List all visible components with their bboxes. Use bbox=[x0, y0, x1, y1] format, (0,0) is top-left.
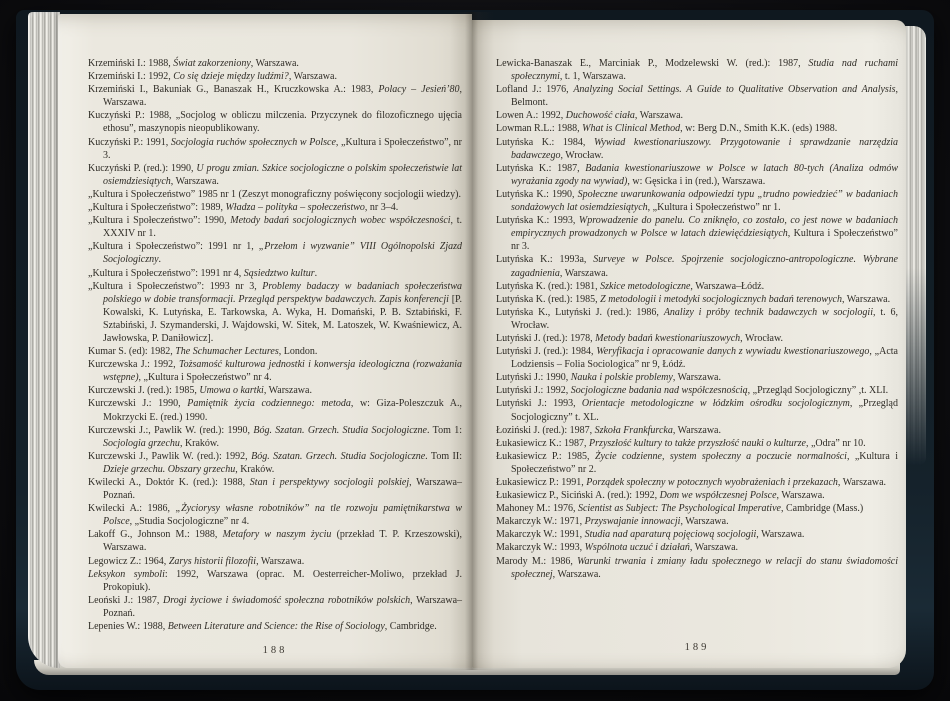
entry-text: Legowicz Z.: 1964, bbox=[88, 556, 169, 567]
entry-text: Lutyński J. (red.): 1984, bbox=[496, 346, 596, 357]
entry-text: , w: Gęsicka i in (red.), Warszawa. bbox=[627, 176, 765, 187]
bibliography-list-right: Lewicka-Banaszak E., Marciniak P., Modze… bbox=[496, 57, 898, 581]
entry-title-italic: Stan i perspektywy socjologii polskiej bbox=[250, 477, 409, 488]
bibliography-entry: Makarczyk W.: 1991, Studia nad aparaturą… bbox=[496, 528, 898, 541]
bibliography-entry: Lakoff G., Johnson M.: 1988, Metafory w … bbox=[88, 528, 462, 554]
entry-text: , Warszawa. bbox=[673, 372, 721, 383]
page-right: Lewicka-Banaszak E., Marciniak P., Modze… bbox=[472, 20, 906, 668]
entry-text: Łukasiewicz P.: 1991, bbox=[496, 477, 586, 488]
bibliography-entry: „Kultura i Społeczeństwo” 1985 nr 1 (Zes… bbox=[88, 188, 462, 201]
entry-text: . bbox=[159, 254, 162, 265]
entry-title-italic: Przyswajanie innowacji bbox=[585, 516, 681, 527]
entry-text: , Warszawa. bbox=[838, 477, 886, 488]
entry-text: Łukasiewicz P.: 1985, bbox=[496, 451, 595, 462]
entry-title-italic: Metody badań socjologicznych wobec współ… bbox=[230, 215, 450, 226]
entry-text: , Warszawa. bbox=[289, 71, 337, 82]
entry-title-italic: Pamiętnik życia codziennego: metoda bbox=[187, 398, 351, 409]
entry-text: , „Studia Socjologiczne” nr 4. bbox=[130, 516, 249, 527]
entry-title-italic: Władza – polityka – społeczeństwo bbox=[225, 202, 364, 213]
entry-text: , Cambridge. bbox=[385, 621, 437, 632]
entry-text: , Warszawa. bbox=[673, 425, 721, 436]
entry-text: , Warszawa. bbox=[251, 58, 299, 69]
entry-text: , Warszawa–Łódź. bbox=[690, 281, 764, 292]
bibliography-entry: Lepenies W.: 1988, Between Literature an… bbox=[88, 620, 462, 633]
entry-text: Kumar S. (ed): 1982, bbox=[88, 346, 175, 357]
bibliography-entry: Lutyńska K.: 1984, Wywiad kwestionariusz… bbox=[496, 136, 898, 162]
entry-title-italic: Between Literature and Science: the Rise… bbox=[168, 621, 385, 632]
entry-text: Lowen A.: 1992, bbox=[496, 110, 566, 121]
entry-text: Kuczyński P.: 1988, „Socjolog w obliczu … bbox=[88, 110, 462, 134]
entry-text: „Kultura i Społeczeństwo”: 1993 nr 3, bbox=[88, 281, 262, 292]
entry-text: Lutyńska K.: 1987, bbox=[496, 163, 585, 174]
bibliography-entry: Łukasiewicz K.: 1987, Przyszłość kultury… bbox=[496, 437, 898, 450]
entry-text: Krzemiński I.: 1988, bbox=[88, 58, 173, 69]
bibliography-entry: „Kultura i Społeczeństwo”: 1990, Metody … bbox=[88, 214, 462, 240]
entry-title-italic: Weryfikacja i opracowanie danych z wywia… bbox=[596, 346, 869, 357]
bibliography-entry: Leoński J.: 1987, Drogi życiowe i świado… bbox=[88, 594, 462, 620]
entry-text: Lutyńska K.: 1993, bbox=[496, 215, 579, 226]
entry-title-italic: Metafory w naszym życiu bbox=[223, 529, 332, 540]
entry-text: , „Odra” nr 10. bbox=[806, 438, 866, 449]
entry-title-italic: Szkoła Frankfurcka bbox=[595, 425, 673, 436]
entry-text: Lutyński J. (red.): 1978, bbox=[496, 333, 595, 344]
photo-background: Krzemiński I.: 1988, Świat zakorzeniony,… bbox=[0, 0, 950, 701]
entry-text: Lutyński J.: 1992, bbox=[496, 385, 571, 396]
entry-text: , Warszawa. bbox=[635, 110, 683, 121]
bibliography-entry: Marody M.: 1986, Warunki trwania i zmian… bbox=[496, 555, 898, 581]
entry-text: Lutyńska K.: 1984, bbox=[496, 137, 594, 148]
entry-text: Lutyński J.: 1990, bbox=[496, 372, 571, 383]
bibliography-entry: Lutyński J.: 1993, Orientacje metodologi… bbox=[496, 397, 898, 423]
bibliography-entry: Łoziński J. (red.): 1987, Szkoła Frankfu… bbox=[496, 424, 898, 437]
entry-text: , Warszawa. bbox=[171, 176, 219, 187]
entry-title-italic: Studia nad aparaturą pojęciową socjologi… bbox=[585, 529, 757, 540]
entry-title-italic: Scientist as Subject: The Psychological … bbox=[578, 503, 781, 514]
bibliography-entry: Lutyńska K.: 1987, Badania kwestionarius… bbox=[496, 162, 898, 188]
entry-title-italic: Szkice metodologiczne bbox=[600, 281, 690, 292]
entry-text: , Wrocław. bbox=[560, 150, 603, 161]
entry-text: , „Kultura i Społeczeństwo” nr 4. bbox=[139, 372, 272, 383]
entry-text: , Warszawa. bbox=[680, 516, 728, 527]
entry-text: „Kultura i Społeczeństwo” 1985 nr 1 (Zes… bbox=[88, 189, 461, 200]
bibliography-entry: Krzemiński I.: 1988, Świat zakorzeniony,… bbox=[88, 57, 462, 70]
bibliography-entry: Lutyńska K., Lutyński J. (red.): 1986, A… bbox=[496, 306, 898, 332]
bibliography-entry: Kurczewski J., Pawlik W. (red.): 1992, B… bbox=[88, 450, 462, 476]
entry-title-italic: Porządek społeczny w potocznych wyobraże… bbox=[586, 477, 838, 488]
entry-text: , w: Berg D.N., Smith K.K. (eds) 1988. bbox=[680, 123, 837, 134]
left-page-fore-edge bbox=[28, 12, 60, 668]
entry-text: . bbox=[315, 268, 318, 279]
entry-text: Kwilecki A.: 1986, bbox=[88, 503, 176, 514]
entry-text: Lutyńska K. (red.): 1981, bbox=[496, 281, 600, 292]
page-number-left: 188 bbox=[88, 645, 462, 656]
entry-text: Łukasiewicz P., Siciński A. (red.): 1992… bbox=[496, 490, 660, 501]
bibliography-entry: Lutyński J.: 1992, Socjologiczne badania… bbox=[496, 384, 898, 397]
entry-text: Makarczyk W.: 1993, bbox=[496, 542, 585, 553]
entry-text: , Kraków. bbox=[180, 438, 219, 449]
entry-title-italic: Socjologia ruchów społecznych w Polsce bbox=[171, 137, 336, 148]
bibliography-entry: Lewicka-Banaszak E., Marciniak P., Modze… bbox=[496, 57, 898, 83]
entry-text: Kwilecki A., Doktór K. (red.): 1988, bbox=[88, 477, 250, 488]
entry-text: Lakoff G., Johnson M.: 1988, bbox=[88, 529, 223, 540]
bibliography-entry: Łukasiewicz P.: 1985, Życie codzienne, s… bbox=[496, 450, 898, 476]
bibliography-entry: Krzemiński I.: 1992, Co się dzieje międz… bbox=[88, 70, 462, 83]
bibliography-entry: Kurczewski J. (red.): 1985, Umowa o kart… bbox=[88, 384, 462, 397]
entry-text: Lofland J.: 1976, bbox=[496, 84, 573, 95]
bibliography-entry: Makarczyk W.: 1971, Przyswajanie innowac… bbox=[496, 515, 898, 528]
entry-text: Kurczewski J.:, Pawlik W. (red.): 1990, bbox=[88, 425, 253, 436]
bibliography-entry: „Kultura i Społeczeństwo”: 1991 nr 1, „P… bbox=[88, 240, 462, 266]
bibliography-entry: „Kultura i Społeczeństwo”: 1989, Władza … bbox=[88, 201, 462, 214]
entry-title-italic: Co się dzieje między ludźmi? bbox=[173, 71, 289, 82]
entry-text: Krzemiński I.: 1992, bbox=[88, 71, 173, 82]
entry-title-italic: Analyzing Social Settings. A Guide to Qu… bbox=[573, 84, 895, 95]
entry-text: Makarczyk W.: 1971, bbox=[496, 516, 585, 527]
entry-text: Krzemiński I., Bakuniak G., Banaszak H.,… bbox=[88, 84, 378, 95]
entry-text: Makarczyk W.: 1991, bbox=[496, 529, 585, 540]
entry-text: , Warszawa. bbox=[553, 569, 601, 580]
entry-title-italic: What is Clinical Method bbox=[582, 123, 680, 134]
entry-text: Lutyńska K.: 1993a, bbox=[496, 254, 593, 265]
entry-text: , Kraków. bbox=[235, 464, 274, 475]
entry-text: „Kultura i Społeczeństwo”: 1991 nr 4, bbox=[88, 268, 244, 279]
entry-title-italic: Leksykon symboli bbox=[88, 569, 165, 580]
bibliography-entry: Kwilecki A.: 1986, „Życiorysy własne rob… bbox=[88, 502, 462, 528]
entry-text: Lutyńska K., Lutyński J. (red.): 1986, bbox=[496, 307, 664, 318]
bibliography-list-left: Krzemiński I.: 1988, Świat zakorzeniony,… bbox=[88, 57, 462, 633]
bibliography-entry: Kurczewski J.:, Pawlik W. (red.): 1990, … bbox=[88, 424, 462, 450]
entry-title-italic: Przyszłość kultury to także przyszłość n… bbox=[589, 438, 806, 449]
bibliography-entry: Lofland J.: 1976, Analyzing Social Setti… bbox=[496, 83, 898, 109]
entry-title-italic: Dzieje grzechu. Obszary grzechu bbox=[103, 464, 235, 475]
bibliography-entry: Krzemiński I., Bakuniak G., Banaszak H.,… bbox=[88, 83, 462, 109]
bibliography-entry: Mahoney M.: 1976, Scientist as Subject: … bbox=[496, 502, 898, 515]
entry-title-italic: Zarys historii filozofii bbox=[169, 556, 256, 567]
entry-text: , London. bbox=[279, 346, 318, 357]
entry-title-italic: Analizy i próby technik badawczych w soc… bbox=[664, 307, 873, 318]
bibliography-entry: Lutyńska K.: 1993, Wprowadzenie do panel… bbox=[496, 214, 898, 253]
bibliography-entry: Kwilecki A., Doktór K. (red.): 1988, Sta… bbox=[88, 476, 462, 502]
bibliography-entry: Kuczyński P.: 1988, „Socjolog w obliczu … bbox=[88, 109, 462, 135]
entry-title-italic: Umowa o kartki bbox=[199, 385, 263, 396]
entry-text: Leoński J.: 1987, bbox=[88, 595, 163, 606]
entry-text: Lepenies W.: 1988, bbox=[88, 621, 168, 632]
page-left-content: Krzemiński I.: 1988, Świat zakorzeniony,… bbox=[58, 14, 472, 668]
bibliography-entry: Kurczewski J.: 1990, Pamiętnik życia cod… bbox=[88, 397, 462, 423]
entry-title-italic: Życie codzienne, system społeczny a pocz… bbox=[595, 451, 847, 462]
bibliography-entry: Lowen A.: 1992, Duchowość ciała, Warszaw… bbox=[496, 109, 898, 122]
entry-text: , Cambridge (Mass.) bbox=[781, 503, 863, 514]
entry-text: Lutyński J.: 1993, bbox=[496, 398, 582, 409]
entry-text: , Warszawa. bbox=[690, 542, 738, 553]
entry-title-italic: Świat zakorzeniony bbox=[173, 58, 251, 69]
entry-text: . Tom 1: bbox=[427, 425, 462, 436]
page-number-right: 189 bbox=[496, 642, 898, 653]
entry-title-italic: Socjologiczne badania nad współczesności… bbox=[571, 385, 748, 396]
bibliography-entry: Lutyński J. (red.): 1984, Weryfikacja i … bbox=[496, 345, 898, 371]
bibliography-entry: Kurczewska J.: 1992, Tożsamość kulturowa… bbox=[88, 358, 462, 384]
entry-text: , „Przegląd Socjologiczny” ,t. XLI. bbox=[748, 385, 889, 396]
entry-text: , Warszawa. bbox=[756, 529, 804, 540]
entry-text: Kurczewski J. (red.): 1985, bbox=[88, 385, 199, 396]
entry-text: , t. 1, Warszawa. bbox=[560, 71, 626, 82]
entry-text: „Kultura i Społeczeństwo”: 1989, bbox=[88, 202, 225, 213]
bibliography-entry: Łukasiewicz P., Siciński A. (red.): 1992… bbox=[496, 489, 898, 502]
bibliography-entry: Leksykon symboli: 1992, Warszawa (oprac.… bbox=[88, 568, 462, 594]
bibliography-entry: Lutyńska K. (red.): 1985, Z metodologii … bbox=[496, 293, 898, 306]
entry-title-italic: Sąsiedztwo kultur bbox=[244, 268, 315, 279]
bibliography-entry: Kuczyński P. (red.): 1990, U progu zmian… bbox=[88, 162, 462, 188]
bibliography-entry: „Kultura i Społeczeństwo”: 1991 nr 4, Są… bbox=[88, 267, 462, 280]
entry-text: , Warszawa. bbox=[256, 556, 304, 567]
bibliography-entry: Lutyńska K.: 1990, Społeczne uwarunkowan… bbox=[496, 188, 898, 214]
entry-text: Lewicka-Banaszak E., Marciniak P., Modze… bbox=[496, 58, 808, 69]
entry-title-italic: Duchowość ciała bbox=[566, 110, 635, 121]
entry-text: „Kultura i Społeczeństwo”: 1991 nr 1, bbox=[88, 241, 259, 252]
bibliography-entry: Lowman R.L.: 1988, What is Clinical Meth… bbox=[496, 122, 898, 135]
entry-title-italic: Metody badań kwestionariuszowych bbox=[595, 333, 740, 344]
entry-text: . Tom II: bbox=[425, 451, 462, 462]
entry-text: Lutyńska K. (red.): 1985, bbox=[496, 294, 600, 305]
bibliography-entry: Legowicz Z.: 1964, Zarys historii filozo… bbox=[88, 555, 462, 568]
entry-text: , Wrocław. bbox=[740, 333, 783, 344]
bibliography-entry: Makarczyk W.: 1993, Wspólnota uczuć i dz… bbox=[496, 541, 898, 554]
entry-text: , „Kultura i Społeczeństwo” nr 1. bbox=[648, 202, 781, 213]
bibliography-entry: Lutyńska K.: 1993a, Surveye w Polsce. Sp… bbox=[496, 253, 898, 279]
entry-text: Kuczyński P.: 1991, bbox=[88, 137, 171, 148]
page-left: Krzemiński I.: 1988, Świat zakorzeniony,… bbox=[58, 14, 472, 668]
entry-text: Kuczyński P. (red.): 1990, bbox=[88, 163, 196, 174]
entry-title-italic: Nauka i polskie problemy bbox=[571, 372, 673, 383]
page-right-content: Lewicka-Banaszak E., Marciniak P., Modze… bbox=[472, 20, 906, 668]
bibliography-entry: Lutyńska K. (red.): 1981, Szkice metodol… bbox=[496, 280, 898, 293]
entry-text: , Warszawa. bbox=[842, 294, 890, 305]
entry-title-italic: Z metodologii i metodyki socjologicznych… bbox=[600, 294, 842, 305]
bibliography-entry: „Kultura i Społeczeństwo”: 1993 nr 3, Pr… bbox=[88, 280, 462, 345]
entry-title-italic: Bóg. Szatan. Grzech. Studia Socjologiczn… bbox=[253, 425, 427, 436]
entry-text: Marody M.: 1986, bbox=[496, 556, 577, 567]
entry-text: Kurczewski J.: 1990, bbox=[88, 398, 187, 409]
bibliography-entry: Lutyński J.: 1990, Nauka i polskie probl… bbox=[496, 371, 898, 384]
entry-text: „Kultura i Społeczeństwo”: 1990, bbox=[88, 215, 230, 226]
entry-text: Łukasiewicz K.: 1987, bbox=[496, 438, 589, 449]
entry-text: , Warszawa. bbox=[777, 490, 825, 501]
entry-text: Kurczewska J.: 1992, bbox=[88, 359, 179, 370]
entry-text: Mahoney M.: 1976, bbox=[496, 503, 578, 514]
entry-title-italic: Dom we współczesnej Polsce bbox=[660, 490, 777, 501]
entry-title-italic: Drogi życiowe i świadomość społeczna rob… bbox=[163, 595, 410, 606]
entry-text: Lutyńska K.: 1990, bbox=[496, 189, 578, 200]
entry-text: , Warszawa. bbox=[264, 385, 312, 396]
entry-title-italic: Wspólnota uczuć i działań bbox=[585, 542, 690, 553]
bibliography-entry: Kumar S. (ed): 1982, The Schumacher Lect… bbox=[88, 345, 462, 358]
entry-text: Łoziński J. (red.): 1987, bbox=[496, 425, 595, 436]
entry-text: Lowman R.L.: 1988, bbox=[496, 123, 582, 134]
entry-text: Kurczewski J., Pawlik W. (red.): 1992, bbox=[88, 451, 251, 462]
entry-title-italic: The Schumacher Lectures bbox=[175, 346, 279, 357]
bibliography-entry: Łukasiewicz P.: 1991, Porządek społeczny… bbox=[496, 476, 898, 489]
bibliography-entry: Kuczyński P.: 1991, Socjologia ruchów sp… bbox=[88, 136, 462, 162]
entry-title-italic: Orientacje metodologiczne w łódzkim ośro… bbox=[582, 398, 850, 409]
bibliography-entry: Lutyński J. (red.): 1978, Metody badań k… bbox=[496, 332, 898, 345]
entry-text: , Warszawa. bbox=[560, 268, 608, 279]
entry-title-italic: Socjologia grzechu bbox=[103, 438, 180, 449]
entry-title-italic: Polacy – Jesień’80 bbox=[378, 84, 459, 95]
entry-text: , nr 3–4. bbox=[365, 202, 398, 213]
entry-title-italic: Bóg. Szatan. Grzech. Studia Socjologiczn… bbox=[251, 451, 425, 462]
